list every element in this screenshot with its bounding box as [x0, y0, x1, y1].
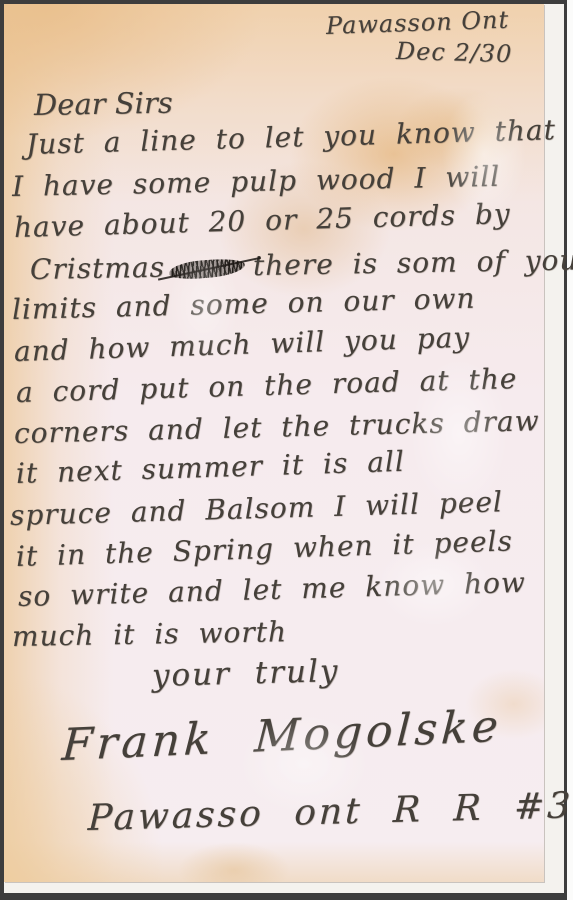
- scratched-out-word: [168, 257, 245, 282]
- letter-line: I have some pulp wood I will: [12, 160, 501, 203]
- signature: Frank Mogolske: [60, 701, 503, 771]
- crossed-line-after: there is som of your: [253, 243, 573, 282]
- letter-line: corners and let the trucks draw: [14, 404, 540, 450]
- letter-paper: Pawasson Ont Dec 2/30 Dear Sirs Just a l…: [4, 4, 544, 882]
- letter-line: so write and let me know how: [18, 566, 527, 613]
- letter-line: limits and some on our own: [12, 282, 476, 326]
- letterhead-date: Dec 2/30: [396, 37, 513, 68]
- letter-line-crossed-out: Cristmasthere is som of your: [30, 243, 573, 286]
- address-line: Pawasso ont R R #3: [87, 785, 573, 839]
- letter-line: it in the Spring when it peels: [15, 524, 513, 573]
- letter-line: and how much will you pay: [13, 321, 470, 368]
- closing: your truly: [152, 653, 340, 694]
- letter-line: it next summer it is all: [15, 445, 405, 490]
- scratch-stroke: [158, 257, 261, 281]
- salutation: Dear Sirs: [34, 86, 173, 122]
- crossed-line-before: Cristmas: [30, 251, 166, 286]
- photo-frame: Pawasson Ont Dec 2/30 Dear Sirs Just a l…: [0, 0, 567, 900]
- letter-line: a cord put on the road at the: [16, 362, 518, 409]
- letter-line: much it is worth: [12, 615, 288, 653]
- letter-line: have about 20 or 25 cords by: [14, 197, 511, 244]
- letterhead-location: Pawasson Ont: [326, 6, 510, 40]
- letter-line: spruce and Balsom I will peel: [10, 485, 504, 532]
